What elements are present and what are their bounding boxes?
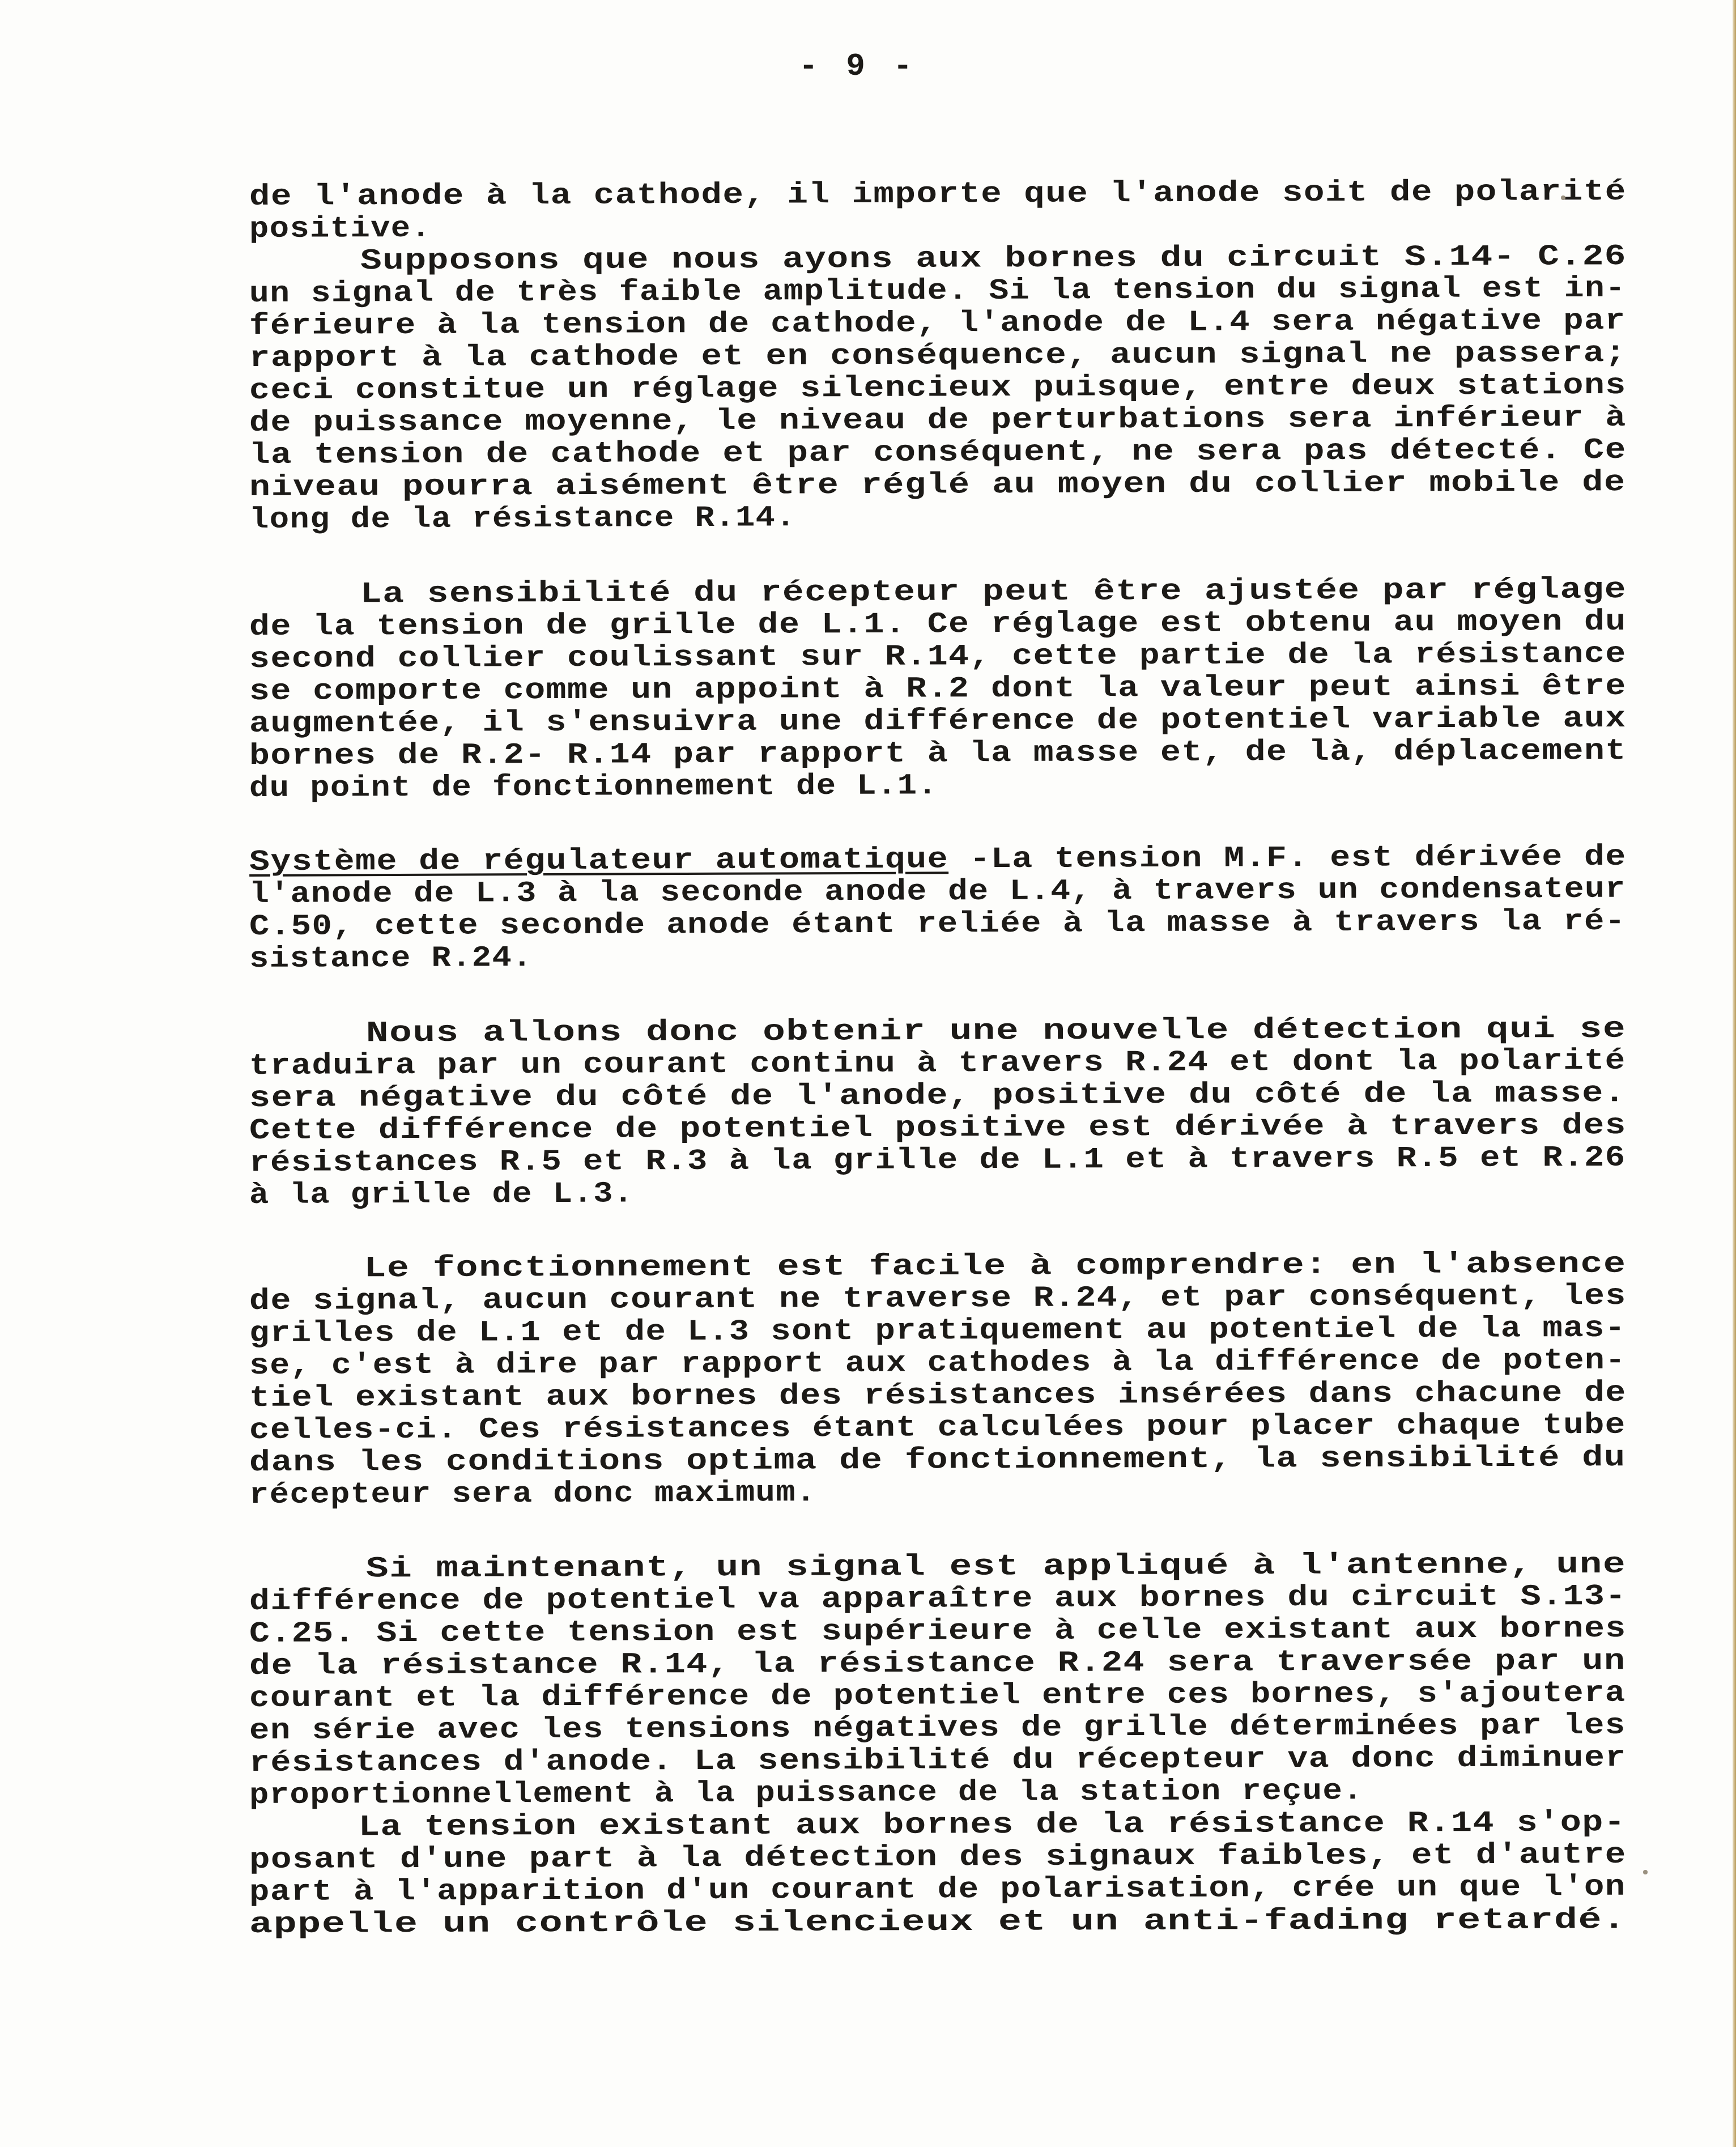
text-line: résistances d'anode. La sensibilité du r…	[249, 1741, 1627, 1780]
paper-speck	[1643, 1870, 1648, 1874]
text-line: bornes de R.2- R.14 par rapport à la mas…	[249, 734, 1627, 773]
text-line: niveau pourra aisément être réglé au moy…	[249, 466, 1626, 505]
text-line: C.50, cette seconde anode étant reliée à…	[249, 905, 1626, 944]
text-line: à la grille de L.3.	[249, 1177, 634, 1213]
text-line: dans les conditions optima de fonctionne…	[249, 1441, 1626, 1480]
text-line: proportionnellement à la puissance de la…	[249, 1774, 1363, 1813]
text-line: de l'anode à la cathode, il importe que …	[249, 175, 1627, 214]
text-line: long de la résistance R.14.	[249, 501, 796, 537]
section-heading: Système de régulateur automatique	[249, 843, 948, 879]
text-line: résistances R.5 et R.3 à la grille de L.…	[249, 1141, 1626, 1180]
text-line: positive.	[249, 212, 431, 246]
paper-speck	[1561, 195, 1565, 200]
text-line: sistance R.24.	[249, 941, 533, 976]
page-edge	[1733, 0, 1736, 2147]
page-number: - 9 -	[799, 48, 917, 84]
text-line: du point de fonctionnement de L.1.	[249, 769, 938, 806]
text-line: récepteur sera donc maximum.	[249, 1476, 816, 1512]
text-line: appelle un contrôle silencieux et un ant…	[249, 1903, 1627, 1942]
